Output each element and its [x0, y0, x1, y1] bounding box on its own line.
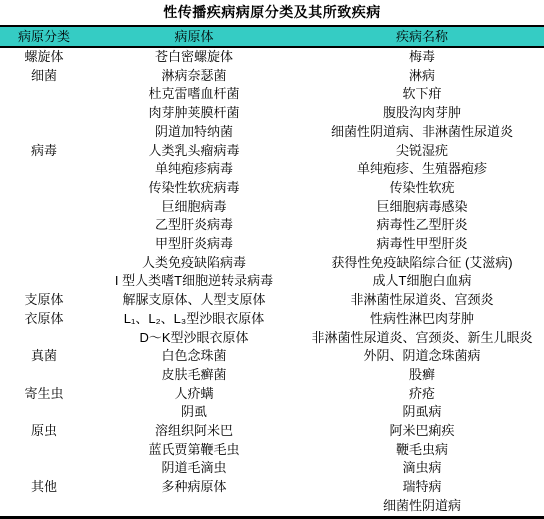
disease-cell: 软下疳 [300, 85, 544, 104]
table-row: 衣原体L₁、L₂、L₃型沙眼衣原体性病性淋巴肉芽肿 [0, 310, 544, 329]
table-row: 蓝氏贾第鞭毛虫鞭毛虫病 [0, 441, 544, 460]
category-cell [0, 123, 88, 142]
category-cell [0, 366, 88, 385]
pathogen-cell: 肉芽肿荚膜杆菌 [88, 104, 300, 123]
page: 性传播疾病病原分类及其所致疾病 病原分类 病原体 疾病名称 螺旋体苍白密螺旋体梅… [0, 0, 544, 519]
pathogen-cell: 单纯疱疹病毒 [88, 160, 300, 179]
pathogen-cell: 乙型肝炎病毒 [88, 216, 300, 235]
table-row: 细菌性阴道病 [0, 497, 544, 517]
pathogen-cell: 阴道毛滴虫 [88, 459, 300, 478]
disease-cell: 腹股沟肉芽肿 [300, 104, 544, 123]
table-row: 甲型肝炎病毒病毒性甲型肝炎 [0, 235, 544, 254]
category-cell [0, 160, 88, 179]
category-cell [0, 179, 88, 198]
table-header: 病原分类 病原体 疾病名称 [0, 26, 544, 47]
category-cell [0, 441, 88, 460]
pathogen-cell [88, 497, 300, 517]
category-cell: 衣原体 [0, 310, 88, 329]
table-title: 性传播疾病病原分类及其所致疾病 [0, 0, 544, 25]
header-cell-disease: 疾病名称 [300, 26, 544, 47]
table-row: 支原体解脲支原体、人型支原体非淋菌性尿道炎、宫颈炎 [0, 291, 544, 310]
pathogen-cell: 淋病奈瑟菌 [88, 67, 300, 86]
pathogen-cell: I 型人类嗜T细胞逆转录病毒 [88, 272, 300, 291]
disease-cell: 细菌性阴道病、非淋菌性尿道炎 [300, 123, 544, 142]
disease-cell: 成人T细胞白血病 [300, 272, 544, 291]
pathogen-cell: 蓝氏贾第鞭毛虫 [88, 441, 300, 460]
header-row: 病原分类 病原体 疾病名称 [0, 26, 544, 47]
category-cell: 其他 [0, 478, 88, 497]
disease-cell: 阴虱病 [300, 403, 544, 422]
category-cell [0, 104, 88, 123]
pathogen-cell: D～K型沙眼衣原体 [88, 329, 300, 348]
disease-cell: 滴虫病 [300, 459, 544, 478]
category-cell [0, 459, 88, 478]
table-row: 巨细胞病毒巨细胞病毒感染 [0, 198, 544, 217]
pathogen-cell: 人类免疫缺陷病毒 [88, 254, 300, 273]
category-cell: 支原体 [0, 291, 88, 310]
table-body: 螺旋体苍白密螺旋体梅毒细菌淋病奈瑟菌淋病杜克雷嗜血杆菌软下疳肉芽肿荚膜杆菌腹股沟… [0, 47, 544, 517]
table-row: 传染性软疣病毒传染性软疣 [0, 179, 544, 198]
disease-cell: 病毒性乙型肝炎 [300, 216, 544, 235]
disease-cell: 鞭毛虫病 [300, 441, 544, 460]
disease-cell: 梅毒 [300, 47, 544, 67]
table-row: D～K型沙眼衣原体非淋菌性尿道炎、宫颈炎、新生儿眼炎 [0, 329, 544, 348]
std-pathogen-table: 病原分类 病原体 疾病名称 螺旋体苍白密螺旋体梅毒细菌淋病奈瑟菌淋病杜克雷嗜血杆… [0, 25, 544, 519]
table-row: 螺旋体苍白密螺旋体梅毒 [0, 47, 544, 67]
pathogen-cell: 皮肤毛癣菌 [88, 366, 300, 385]
disease-cell: 获得性免疫缺陷综合征 (艾滋病) [300, 254, 544, 273]
table-row: 单纯疱疹病毒单纯疱疹、生殖器疱疹 [0, 160, 544, 179]
disease-cell: 外阴、阴道念珠菌病 [300, 347, 544, 366]
pathogen-cell: 杜克雷嗜血杆菌 [88, 85, 300, 104]
table-row: 病毒人类乳头瘤病毒尖锐湿疣 [0, 142, 544, 161]
category-cell [0, 329, 88, 348]
disease-cell: 疥疮 [300, 385, 544, 404]
pathogen-cell: 溶组织阿米巴 [88, 422, 300, 441]
category-cell: 原虫 [0, 422, 88, 441]
table-row: 细菌淋病奈瑟菌淋病 [0, 67, 544, 86]
table-row: 阴道毛滴虫滴虫病 [0, 459, 544, 478]
category-cell [0, 198, 88, 217]
table-row: 真菌白色念珠菌外阴、阴道念珠菌病 [0, 347, 544, 366]
table-row: 肉芽肿荚膜杆菌腹股沟肉芽肿 [0, 104, 544, 123]
table-row: 原虫溶组织阿米巴阿米巴痢疾 [0, 422, 544, 441]
table-row: I 型人类嗜T细胞逆转录病毒成人T细胞白血病 [0, 272, 544, 291]
disease-cell: 非淋菌性尿道炎、宫颈炎 [300, 291, 544, 310]
disease-cell: 传染性软疣 [300, 179, 544, 198]
category-cell: 细菌 [0, 67, 88, 86]
header-cell-pathogen: 病原体 [88, 26, 300, 47]
disease-cell: 瑞特病 [300, 478, 544, 497]
disease-cell: 细菌性阴道病 [300, 497, 544, 517]
pathogen-cell: 解脲支原体、人型支原体 [88, 291, 300, 310]
table-row: 阴道加特纳菌细菌性阴道病、非淋菌性尿道炎 [0, 123, 544, 142]
disease-cell: 性病性淋巴肉芽肿 [300, 310, 544, 329]
table-row: 皮肤毛癣菌股癣 [0, 366, 544, 385]
pathogen-cell: 传染性软疣病毒 [88, 179, 300, 198]
category-cell [0, 216, 88, 235]
category-cell: 寄生虫 [0, 385, 88, 404]
pathogen-cell: 人疥螨 [88, 385, 300, 404]
pathogen-cell: 白色念珠菌 [88, 347, 300, 366]
pathogen-cell: 巨细胞病毒 [88, 198, 300, 217]
category-cell [0, 235, 88, 254]
table-row: 人类免疫缺陷病毒获得性免疫缺陷综合征 (艾滋病) [0, 254, 544, 273]
pathogen-cell: L₁、L₂、L₃型沙眼衣原体 [88, 310, 300, 329]
category-cell [0, 254, 88, 273]
pathogen-cell: 人类乳头瘤病毒 [88, 142, 300, 161]
category-cell [0, 403, 88, 422]
table-row: 杜克雷嗜血杆菌软下疳 [0, 85, 544, 104]
table-row: 其他多种病原体瑞特病 [0, 478, 544, 497]
pathogen-cell: 苍白密螺旋体 [88, 47, 300, 67]
disease-cell: 非淋菌性尿道炎、宫颈炎、新生儿眼炎 [300, 329, 544, 348]
category-cell [0, 85, 88, 104]
table-row: 寄生虫人疥螨疥疮 [0, 385, 544, 404]
disease-cell: 尖锐湿疣 [300, 142, 544, 161]
pathogen-cell: 阴道加特纳菌 [88, 123, 300, 142]
category-cell [0, 497, 88, 517]
pathogen-cell: 阴虱 [88, 403, 300, 422]
category-cell [0, 272, 88, 291]
category-cell: 病毒 [0, 142, 88, 161]
category-cell: 真菌 [0, 347, 88, 366]
header-cell-category: 病原分类 [0, 26, 88, 47]
disease-cell: 巨细胞病毒感染 [300, 198, 544, 217]
disease-cell: 股癣 [300, 366, 544, 385]
table-row: 阴虱阴虱病 [0, 403, 544, 422]
category-cell: 螺旋体 [0, 47, 88, 67]
pathogen-cell: 多种病原体 [88, 478, 300, 497]
disease-cell: 单纯疱疹、生殖器疱疹 [300, 160, 544, 179]
pathogen-cell: 甲型肝炎病毒 [88, 235, 300, 254]
table-row: 乙型肝炎病毒病毒性乙型肝炎 [0, 216, 544, 235]
disease-cell: 病毒性甲型肝炎 [300, 235, 544, 254]
disease-cell: 阿米巴痢疾 [300, 422, 544, 441]
disease-cell: 淋病 [300, 67, 544, 86]
